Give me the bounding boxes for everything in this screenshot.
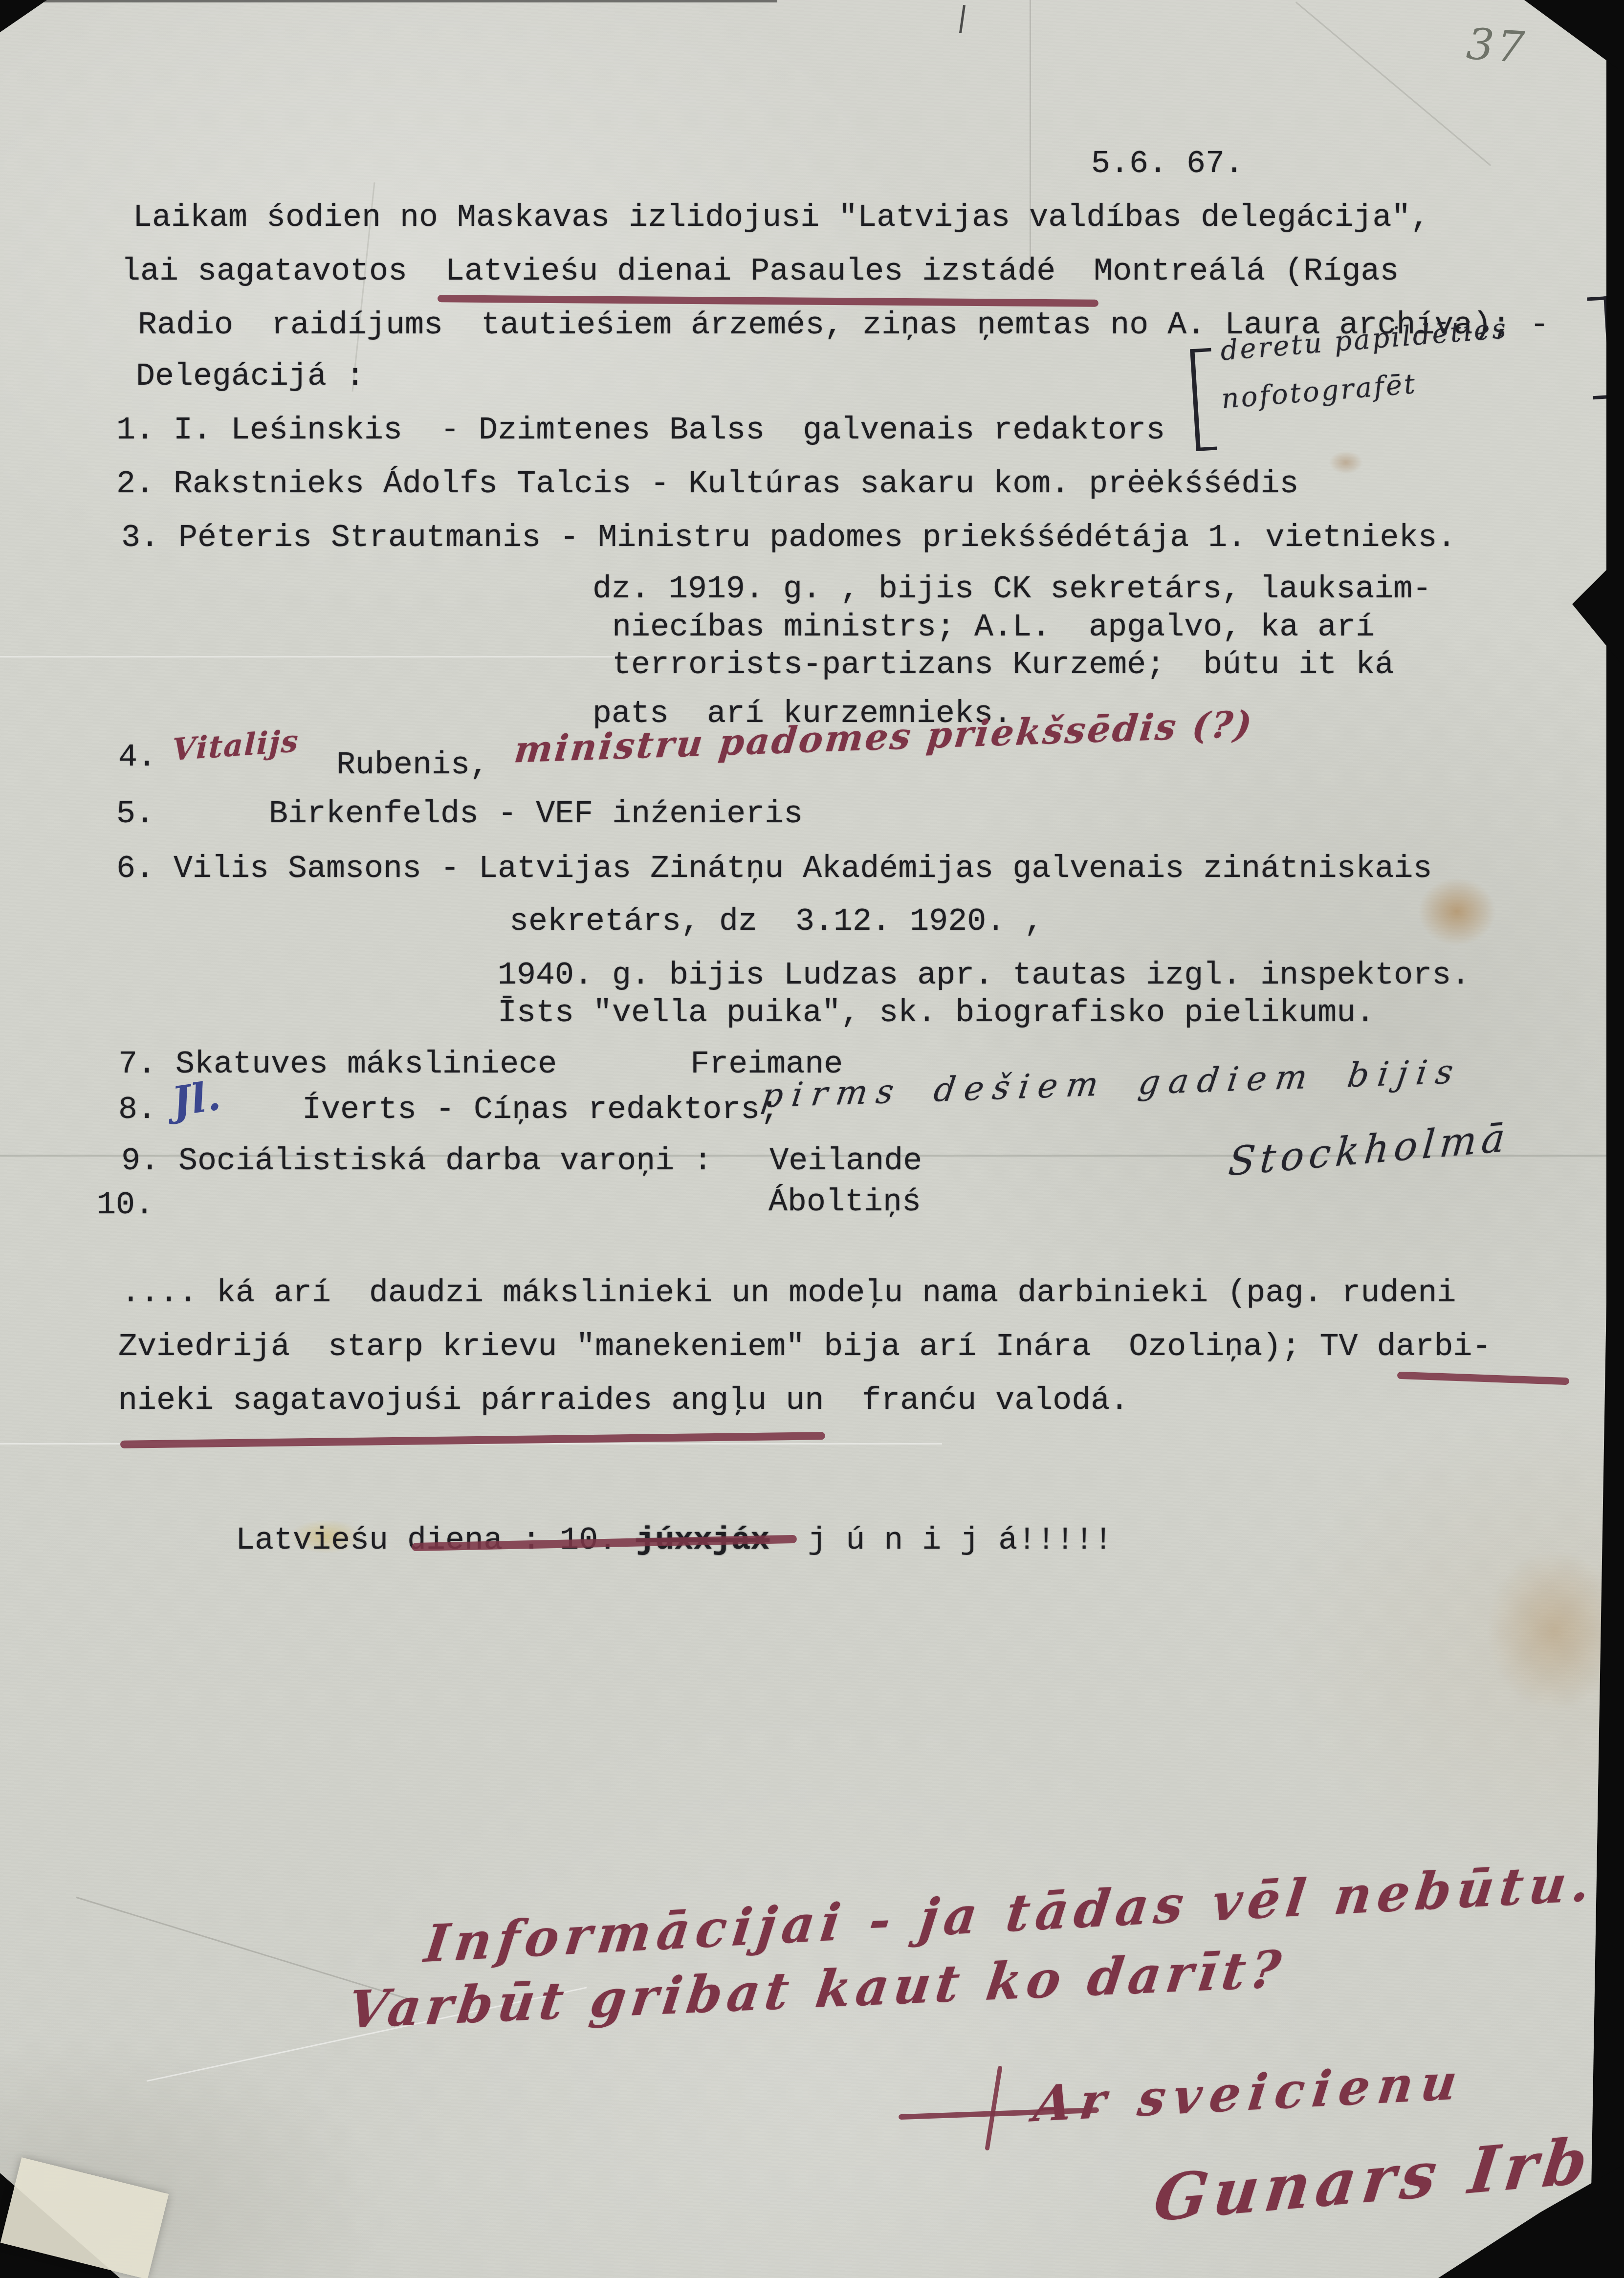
margin-bracket-left: [1190, 348, 1217, 451]
red-underline-tv: [1397, 1372, 1569, 1385]
typed-item3-detail-1: dz. 1919. g. , bijis CK sekretárs, lauks…: [593, 571, 1431, 607]
red-underline-parraides: [120, 1432, 825, 1448]
item8-blue-mark: Jl.: [169, 1073, 223, 1126]
item4-red-name: Vitalijs: [172, 723, 300, 767]
edge-right-notch: [1572, 552, 1624, 667]
typed-heading: Delegácijá :: [136, 358, 365, 394]
margin-note-line-2: nofotografēt: [1220, 368, 1418, 415]
stain-1: [1418, 877, 1496, 946]
typed-item-6: 6. Vilis Samsons - Latvijas Zinátņu Akad…: [116, 851, 1432, 887]
salute-flourish: [985, 2065, 1002, 2150]
typed-item-7: 7. Skatuves máksliniece Freimane: [118, 1046, 843, 1082]
typed-item-9: 9. Sociálistiská darba varoņi : Veilande: [121, 1143, 922, 1179]
margin-note: deretu papildēties nofotografēt: [1188, 300, 1615, 445]
typed-intro-2: lai sagatavotos Latvieśu dienai Pasaules…: [121, 253, 1399, 289]
typed-item8-number: 8.: [118, 1092, 156, 1128]
item8-note-place: Stockholmā: [1227, 1114, 1512, 1184]
typed-item4-number: 4.: [118, 739, 156, 775]
crease-7: [0, 656, 650, 657]
closing-salute: Ar sveicienu: [1031, 2052, 1468, 2133]
typed-item10-name: Áboltiņś: [768, 1184, 921, 1220]
typed-item3-detail-3: terrorists-partizans Kurzemé; bútu it ká: [612, 647, 1394, 683]
typed-item-3: 3. Péteris Strautmanis - Ministru padome…: [121, 520, 1456, 556]
pencil-page-number: 37: [1465, 19, 1529, 73]
typed-intro-1: Laikam śodien no Maskavas izlidojusi "La…: [133, 199, 1429, 236]
margin-note-line-1: deretu papildēties: [1219, 313, 1509, 367]
typed-paragraph-1: .... ká arí daudzi mákslinieki un modeļu…: [121, 1275, 1456, 1311]
document-scan: 37 5.6. 67. Laikam śodien no Maskavas iz…: [0, 0, 1624, 2278]
typed-item3-detail-2: niecíbas ministrs; A.L. apgalvo, ka arí: [612, 609, 1375, 645]
typed-item-2: 2. Rakstnieks Ádolfs Talcis - Kultúras s…: [116, 466, 1298, 502]
tear-mark-top: [959, 5, 966, 33]
stain-3: [1329, 451, 1363, 474]
typed-paragraph-2: Zviedrijá starp krievu "manekeniem" bija…: [118, 1329, 1491, 1365]
paper-sheet: 37 5.6. 67. Laikam śodien no Maskavas iz…: [0, 0, 1624, 2278]
typed-item6-detail-3: Īsts "vella puika", sk. biografisko piel…: [498, 995, 1375, 1031]
crease-6: [1295, 1, 1491, 166]
final-suffix: j ú n i j á!!!!!: [769, 1522, 1113, 1558]
edge-top-hairline: [44, 0, 777, 2]
typed-item6-detail-1: sekretárs, dz 3.12. 1920. ,: [509, 903, 1043, 940]
typed-item-5: 5. Birkenfelds - VEF inźenieris: [116, 796, 803, 832]
typed-paragraph-3: nieki sagatavojuśi párraides angļu un fr…: [118, 1382, 1129, 1419]
typed-date: 5.6. 67.: [1091, 146, 1244, 182]
typed-item4-name: Rubenis,: [336, 747, 489, 783]
typed-item10-number: 10.: [97, 1187, 154, 1223]
item8-note: pirms dešiem gadiem bijis: [759, 1052, 1465, 1116]
edge-top-left: [0, 0, 47, 32]
typed-item-1: 1. I. Leśinskis - Dzimtenes Balss galven…: [116, 412, 1165, 448]
edge-right-lower: [1590, 1173, 1624, 2278]
typed-item8-text: Íverts - Cíņas redaktors;: [302, 1092, 779, 1128]
typed-item6-detail-2: 1940. g. bijis Ludzas apr. tautas izgl. …: [498, 957, 1470, 993]
red-underline-montreal: [438, 295, 1098, 307]
